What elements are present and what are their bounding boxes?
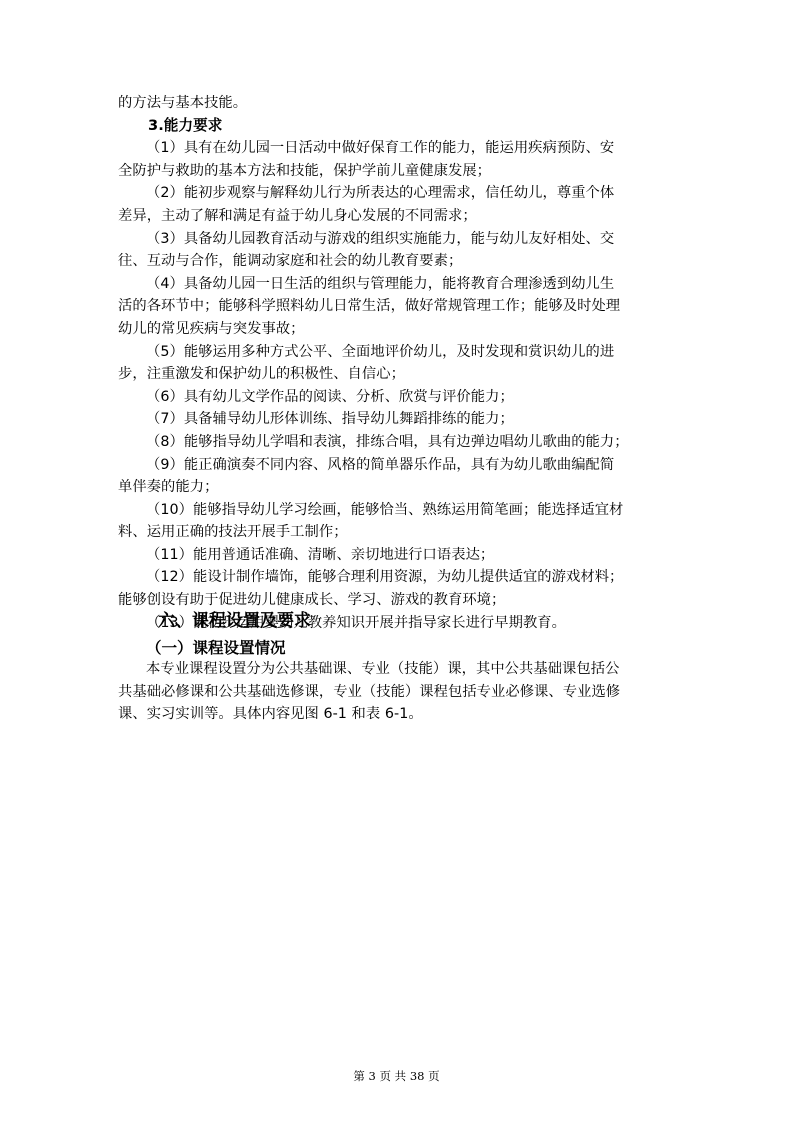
list-item-line: （4）具备幼儿园一日生活的组织与管理能力，能将教育合理渗透到幼儿生 [118, 273, 674, 296]
list-item-line: 单伴奏的能力； [118, 476, 674, 499]
list-item-line: （12）能设计制作墙饰，能够合理利用资源，为幼儿提供适宜的游戏材料； [118, 566, 674, 589]
list-item-line: 活的各环节中；能够科学照料幼儿日常生活，做好常规管理工作；能够及时处理 [118, 295, 674, 318]
course-paragraph: 本专业课程设置分为公共基础课、专业（技能）课，其中公共基础课包括公共基础必修课和… [118, 658, 674, 726]
list-item-line: 步，注重激发和保护幼儿的积极性、自信心； [118, 363, 674, 386]
list-item-line: 料、运用正确的技法开展手工制作； [118, 521, 674, 544]
list-item-line: （5）能够运用多种方式公平、全面地评价幼儿，及时发现和赏识幼儿的进 [118, 341, 674, 364]
continuation-text: 的方法与基本技能。 [118, 92, 674, 115]
list-item-line: （8）能够指导幼儿学唱和表演，排练合唱，具有边弹边唱幼儿歌曲的能力； [118, 431, 674, 454]
list-item-line: （9）能正确演奏不同内容、风格的简单器乐作品，具有为幼儿歌曲编配简 [118, 454, 674, 477]
page-number-footer: 第 3 页 共 38 页 [0, 1068, 793, 1084]
list-item-line: 往、互动与合作，能调动家庭和社会的幼儿教育要素； [118, 250, 674, 273]
paragraph-line: 课、实习实训等。具体内容见图 6-1 和表 6-1。 [118, 703, 674, 726]
list-item-line: 全防护与救助的基本方法和技能，保护学前儿童健康发展； [118, 160, 674, 183]
document-body: 的方法与基本技能。 3.能力要求 （1）具有在幼儿园一日活动中做好保育工作的能力… [118, 92, 674, 634]
subsection-heading: （一）课程设置情况 [146, 636, 286, 658]
chapter-heading: 六、课程设置及要求 [158, 606, 311, 631]
list-item-line: 差异，主动了解和满足有益于幼儿身心发展的不同需求； [118, 205, 674, 228]
list-item-line: （10）能够指导幼儿学习绘画，能够恰当、熟练运用简笔画；能选择适宜材 [118, 499, 674, 522]
list-item-line: （1）具有在幼儿园一日活动中做好保育工作的能力，能运用疾病预防、安 [118, 137, 674, 160]
list-item-line: （11）能用普通话准确、清晰、亲切地进行口语表达； [118, 544, 674, 567]
section-heading-ability: 3.能力要求 [118, 115, 674, 138]
paragraph-line: 本专业课程设置分为公共基础课、专业（技能）课，其中公共基础课包括公 [118, 658, 674, 681]
list-item-line: （6）具有幼儿文学作品的阅读、分析、欣赏与评价能力； [118, 386, 674, 409]
paragraph-line: 共基础必修课和公共基础选修课，专业（技能）课程包括专业必修课、专业选修 [118, 681, 674, 704]
ability-list: （1）具有在幼儿园一日活动中做好保育工作的能力，能运用疾病预防、安全防护与救助的… [118, 137, 674, 634]
list-item-line: （2）能初步观察与解释幼儿行为所表达的心理需求，信任幼儿，尊重个体 [118, 182, 674, 205]
list-item-line: （7）具备辅导幼儿形体训练、指导幼儿舞蹈排练的能力； [118, 408, 674, 431]
list-item-line: 幼儿的常见疾病与突发事故； [118, 318, 674, 341]
list-item-line: （3）具备幼儿园教育活动与游戏的组织实施能力，能与幼儿友好相处、交 [118, 228, 674, 251]
